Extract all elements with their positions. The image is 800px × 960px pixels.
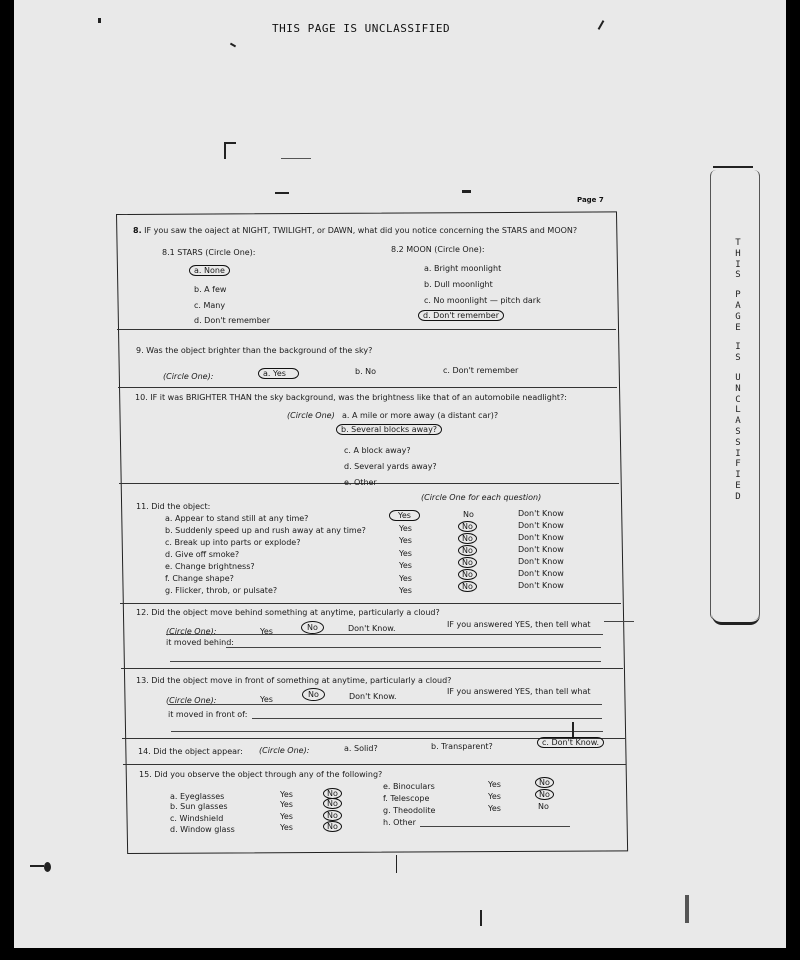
q12-answer-line[interactable]: [226, 647, 601, 648]
q11-row-label: e. Change brightness?: [165, 562, 255, 571]
q10-option-d[interactable]: d. Several yards away?: [344, 462, 437, 471]
q8-moon-option-a[interactable]: a. Bright moonlight: [424, 264, 501, 273]
q15-option-yes[interactable]: Yes: [488, 780, 501, 789]
q14-option-c[interactable]: c. Don't Know.: [537, 738, 604, 747]
scan-artifact: [713, 166, 753, 168]
selected-answer-circle[interactable]: b. Several blocks away?: [336, 424, 442, 435]
q15-other-field[interactable]: [420, 826, 570, 827]
selected-answer-circle[interactable]: No: [323, 798, 342, 809]
scan-artifact: [224, 142, 236, 144]
q12-option-dont-know[interactable]: Don't Know.: [348, 624, 396, 633]
q11-row-label: d. Give off smoke?: [165, 550, 239, 559]
scan-artifact: [224, 142, 226, 159]
q10-option-a[interactable]: a. A mile or more away (a distant car)?: [342, 411, 498, 420]
q11-option-dont-know[interactable]: Don't Know: [518, 569, 564, 578]
selected-answer-circle[interactable]: a. Yes: [258, 368, 299, 379]
yes-label[interactable]: Yes: [399, 524, 412, 533]
page-number: Page 7: [577, 196, 604, 204]
selected-answer-circle[interactable]: No: [458, 545, 477, 556]
q14-option-a[interactable]: a. Solid?: [344, 744, 378, 753]
q11-option-yes[interactable]: Yes: [399, 574, 412, 583]
q14-question: 14. Did the object appear:: [138, 747, 243, 756]
q11-option-no[interactable]: No: [458, 546, 477, 555]
scan-artifact: [685, 895, 689, 923]
q12-option-no[interactable]: No: [301, 623, 324, 632]
q11-option-no[interactable]: No: [458, 522, 477, 531]
section-divider: [117, 329, 616, 330]
q11-row-label: g. Flicker, throb, or pulsate?: [165, 586, 277, 595]
q9-option-c[interactable]: c. Don't remember: [443, 366, 518, 375]
scan-artifact: [480, 910, 482, 926]
q11-option-dont-know[interactable]: Don't Know: [518, 581, 564, 590]
yes-label[interactable]: Yes: [399, 574, 412, 583]
q8-stars-option-b[interactable]: b. A few: [194, 285, 226, 294]
q11-row-label: c. Break up into parts or explode?: [165, 538, 300, 547]
q13-question: 13. Did the object move in front of some…: [136, 676, 451, 685]
q12-followup-2: it moved behind:: [166, 638, 234, 647]
scan-artifact: [98, 18, 101, 23]
q11-question: 11. Did the object:: [136, 502, 210, 511]
q15-option-yes[interactable]: Yes: [488, 792, 501, 801]
q11-option-no[interactable]: No: [458, 558, 477, 567]
q13-option-yes[interactable]: Yes: [260, 695, 273, 704]
selected-answer-circle[interactable]: c. Don't Know.: [537, 737, 604, 748]
q8-moon-option-c[interactable]: c. No moonlight — pitch dark: [424, 296, 541, 305]
q9-option-a[interactable]: a. Yes: [258, 369, 299, 378]
q10-question: 10. IF it was BRIGHTER THAN the sky back…: [135, 393, 567, 402]
classification-header: THIS PAGE IS UNCLASSIFIED: [272, 22, 450, 35]
q15-option-no[interactable]: No: [323, 811, 342, 820]
selected-answer-circle[interactable]: No: [535, 777, 554, 788]
q9-option-b[interactable]: b. No: [355, 367, 376, 376]
section-divider: [121, 668, 623, 669]
selected-answer-circle[interactable]: No: [301, 621, 324, 634]
q8-stars-option-c[interactable]: c. Many: [194, 301, 225, 310]
q11-option-dont-know[interactable]: Don't Know: [518, 557, 564, 566]
selected-answer-circle[interactable]: a. None: [189, 265, 230, 276]
q15-item-label: b. Sun glasses: [170, 802, 228, 811]
q14-circle-label: (Circle One):: [259, 746, 309, 755]
q8-moon-option-b[interactable]: b. Dull moonlight: [424, 280, 493, 289]
q15-item-label: c. Windshield: [170, 814, 223, 823]
q15-option-no[interactable]: No: [535, 790, 554, 799]
selected-answer-circle[interactable]: No: [535, 789, 554, 800]
fill-line: [168, 704, 602, 705]
yes-label[interactable]: Yes: [399, 586, 412, 595]
q15-option-no[interactable]: No: [535, 778, 554, 787]
q15-option-yes[interactable]: Yes: [280, 823, 293, 832]
q11-option-yes[interactable]: Yes: [399, 536, 412, 545]
scan-artifact: [281, 158, 311, 159]
q11-option-no[interactable]: No: [458, 570, 477, 579]
q11-option-yes[interactable]: Yes: [399, 586, 412, 595]
yes-label[interactable]: Yes: [399, 561, 412, 570]
q11-row-label: b. Suddenly speed up and rush away at an…: [165, 526, 366, 535]
selected-answer-circle[interactable]: No: [323, 821, 342, 832]
q11-option-yes[interactable]: Yes: [389, 511, 420, 520]
fill-line: [604, 621, 634, 622]
q13-followup: IF you answered YES, than tell what: [447, 687, 591, 696]
q13-option-dont-know[interactable]: Don't Know.: [349, 692, 397, 701]
q13-option-no[interactable]: No: [302, 690, 325, 699]
q8-stars-label: 8.1 STARS (Circle One):: [162, 248, 256, 257]
section-divider: [118, 387, 617, 388]
q15-option-yes[interactable]: Yes: [488, 804, 501, 813]
q11-option-yes[interactable]: Yes: [399, 561, 412, 570]
q15-option-no[interactable]: No: [538, 802, 549, 811]
q11-option-dont-know[interactable]: Don't Know: [518, 509, 564, 518]
yes-label[interactable]: Yes: [399, 536, 412, 545]
side-stamp-bracket: [712, 602, 760, 625]
section-divider: [120, 603, 621, 604]
q15-question: 15. Did you observe the object through a…: [139, 770, 382, 779]
q15-option-yes[interactable]: Yes: [280, 812, 293, 821]
q11-instruction: (Circle One for each question): [421, 493, 541, 502]
q15-option-no[interactable]: No: [323, 789, 342, 798]
q8-text: IF you saw the oaject at NIGHT, TWILIGHT…: [144, 226, 577, 235]
yes-label[interactable]: Yes: [389, 510, 420, 521]
q11-option-dont-know[interactable]: Don't Know: [518, 521, 564, 530]
selected-answer-circle[interactable]: No: [458, 557, 477, 568]
selected-answer-circle[interactable]: No: [458, 569, 477, 580]
q8-question: 8. IF you saw the oaject at NIGHT, TWILI…: [133, 226, 577, 235]
no-label[interactable]: No: [463, 510, 474, 519]
q13-followup-2: it moved in front of:: [168, 710, 247, 719]
q15-item-label: a. Eyeglasses: [170, 792, 224, 801]
selected-answer-circle[interactable]: No: [302, 688, 325, 701]
q15-item-label: g. Theodolite: [383, 806, 435, 815]
selected-answer-circle[interactable]: No: [458, 581, 477, 592]
q13-answer-line[interactable]: [252, 718, 602, 719]
section-divider: [123, 764, 626, 765]
q11-row-label: f. Change shape?: [165, 574, 234, 583]
fill-line: [166, 634, 603, 635]
q12-followup: IF you answered YES, then tell what: [447, 620, 591, 629]
q8-moon-option-d[interactable]: d. Don't remember: [418, 311, 504, 320]
q11-option-yes[interactable]: Yes: [399, 549, 412, 558]
q11-option-no[interactable]: No: [458, 582, 477, 591]
q8-stars-option-a[interactable]: a. None: [189, 266, 230, 275]
q15-item-label: d. Window glass: [170, 825, 235, 834]
selected-answer-circle[interactable]: No: [323, 810, 342, 821]
q12-answer-line-2[interactable]: [170, 661, 601, 662]
q14-option-b[interactable]: b. Transparent?: [431, 742, 493, 751]
selected-answer-circle[interactable]: No: [458, 521, 477, 532]
no-label[interactable]: No: [538, 802, 549, 811]
q11-option-no[interactable]: No: [463, 510, 474, 519]
q11-option-yes[interactable]: Yes: [399, 524, 412, 533]
q10-circle-label: (Circle One): [287, 411, 335, 420]
side-classification-stamp: THIS PAGE IS UNCLASSIFIED: [730, 238, 746, 503]
scan-artifact: [30, 865, 44, 867]
selected-answer-circle[interactable]: d. Don't remember: [418, 310, 504, 321]
q11-option-no[interactable]: No: [458, 534, 477, 543]
q9-question: 9. Was the object brighter than the back…: [136, 346, 372, 355]
scan-artifact: [44, 862, 51, 872]
q9-circle-label: (Circle One):: [163, 372, 213, 381]
q11-row-label: a. Appear to stand still at any time?: [165, 514, 308, 523]
scan-artifact: [275, 192, 289, 194]
q11-option-dont-know[interactable]: Don't Know: [518, 545, 564, 554]
q12-question: 12. Did the object move behind something…: [136, 608, 440, 617]
q15-option-yes[interactable]: Yes: [280, 800, 293, 809]
q15-option-no[interactable]: No: [323, 822, 342, 831]
scan-artifact: [396, 855, 397, 873]
q8-number: 8.: [133, 226, 142, 235]
scan-artifact: [462, 190, 471, 193]
q15-other-label: h. Other: [383, 818, 416, 827]
q10-option-c[interactable]: c. A block away?: [344, 446, 411, 455]
q13-answer-line-2[interactable]: [171, 731, 603, 732]
q11-option-dont-know[interactable]: Don't Know: [518, 533, 564, 542]
yes-label[interactable]: Yes: [399, 549, 412, 558]
q15-item-label: e. Binoculars: [383, 782, 435, 791]
q10-option-b[interactable]: b. Several blocks away?: [336, 425, 442, 434]
q10-option-e[interactable]: e. Other: [344, 478, 377, 487]
q8-moon-label: 8.2 MOON (Circle One):: [391, 245, 485, 254]
q15-item-label: f. Telescope: [383, 794, 429, 803]
q8-stars-option-d[interactable]: d. Don't remember: [194, 316, 270, 325]
q15-option-yes[interactable]: Yes: [280, 790, 293, 799]
selected-answer-circle[interactable]: No: [458, 533, 477, 544]
q15-option-no[interactable]: No: [323, 799, 342, 808]
